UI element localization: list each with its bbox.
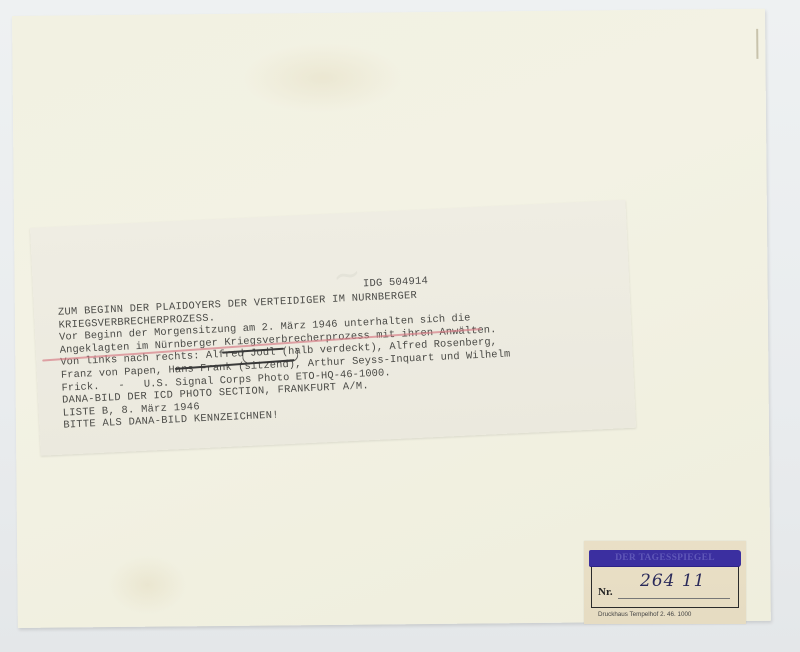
printer-line: Druckhaus Tempelhof 2. 46. 1000 <box>598 611 691 618</box>
faint-pencil-mark: ~ <box>329 253 364 298</box>
paper-stain <box>242 42 403 114</box>
handwritten-number: 264 11 <box>640 571 705 591</box>
circle-mark-sitzend <box>242 346 299 365</box>
document-id: IDG 504914 <box>363 275 429 290</box>
caption-label: ~ IDG 504914 ZUM BEGINN DER PLAIDOYERS D… <box>30 200 636 456</box>
stamp-header-text: DER TAGESSPIEGEL <box>589 550 741 566</box>
fold-mark <box>756 29 758 59</box>
tagesspiegel-stamp: DER TAGESSPIEGEL Nr. 264 11 Druckhaus Te… <box>584 541 746 624</box>
stamp-number-line <box>618 598 730 599</box>
stamp-header: DER TAGESSPIEGEL <box>589 550 741 566</box>
paper-stain <box>107 554 188 615</box>
stamp-number-label: Nr. <box>598 586 613 598</box>
